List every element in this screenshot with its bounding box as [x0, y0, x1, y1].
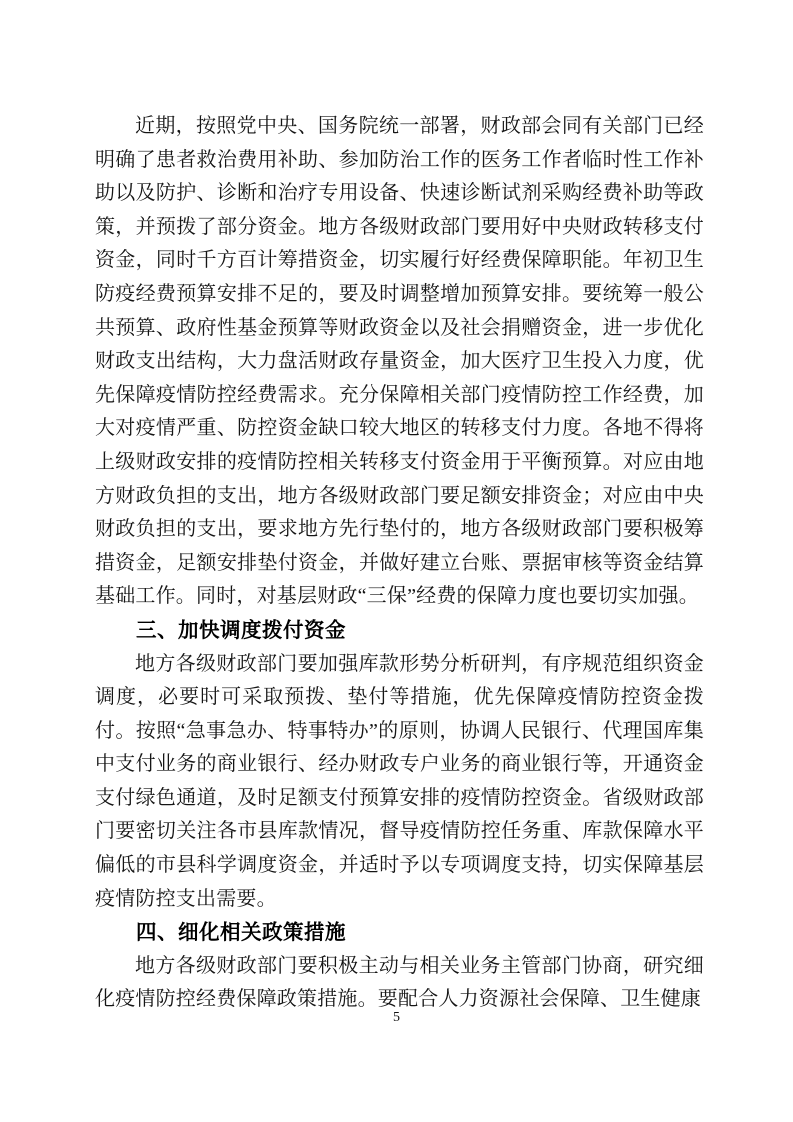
paragraph: 近期，按照党中央、国务院统一部署，财政部会同有关部门已经明确了患者救治费用补助、…: [95, 110, 704, 614]
paragraph: 地方各级财政部门要积极主动与相关业务主管部门协商，研究细化疫情防控经费保障政策措…: [95, 950, 704, 1017]
document-page: 近期，按照党中央、国务院统一部署，财政部会同有关部门已经明确了患者救治费用补助、…: [0, 0, 793, 1122]
section-heading: 三、加快调度拨付资金: [95, 614, 704, 648]
paragraph: 地方各级财政部门要加强库款形势分析研判，有序规范组织资金调度，必要时可采取预拨、…: [95, 648, 704, 917]
section-heading: 四、细化相关政策措施: [95, 916, 704, 950]
page-number: 5: [0, 1008, 793, 1028]
document-body: 近期，按照党中央、国务院统一部署，财政部会同有关部门已经明确了患者救治费用补助、…: [95, 110, 704, 1017]
